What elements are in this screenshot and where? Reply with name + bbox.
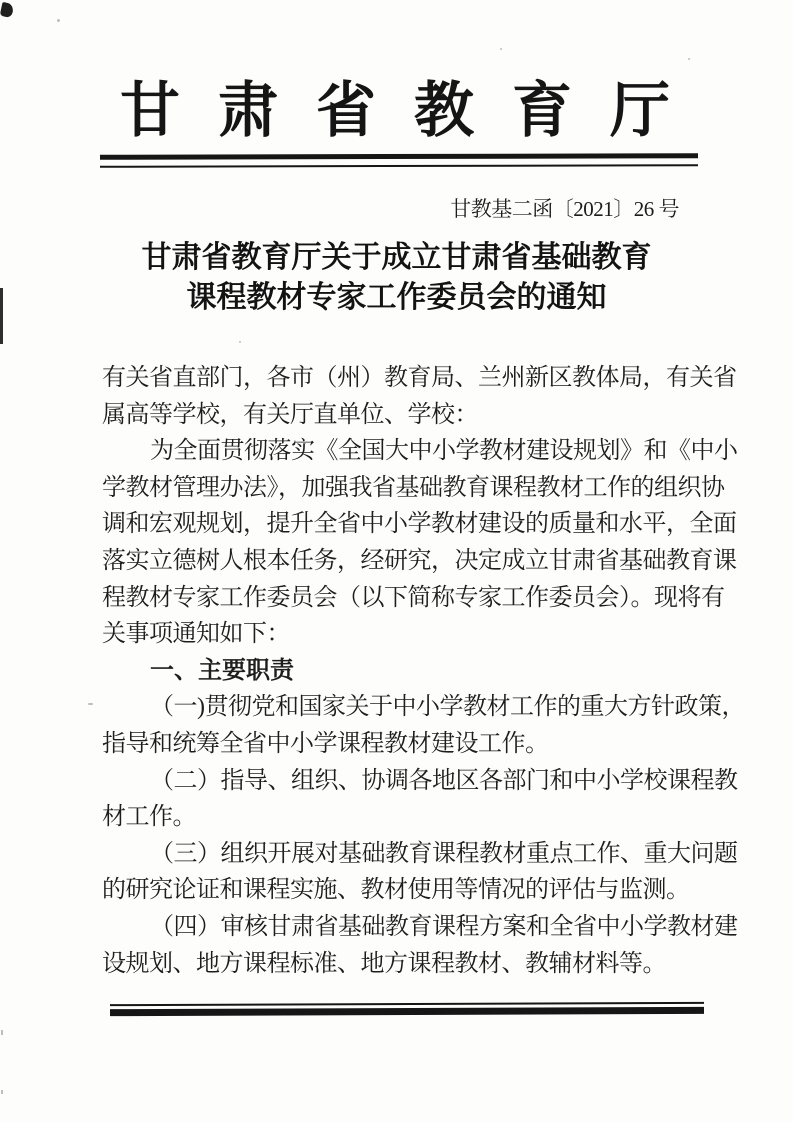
- body-line: 学教材管理办法》，加强我省基础教育课程教材工作的组织协: [102, 470, 706, 507]
- notice-title-line-1: 甘肃省教育厅关于成立甘肃省基础教育: [0, 238, 793, 278]
- body-line: 的研究论证和课程实施、教材使用等情况的评估与监测。: [102, 872, 706, 909]
- scan-speck: [500, 48, 502, 50]
- scan-speck: [688, 58, 690, 60]
- body-line: 材工作。: [102, 799, 706, 836]
- agency-letterhead: 甘肃省教育厅: [120, 76, 708, 146]
- letterhead-rule-thin: [100, 164, 698, 168]
- body-line: 落实立德树人根本任务，经研究，决定成立甘肃省基础教育课: [102, 543, 706, 580]
- scan-speck: [1, 1090, 3, 1094]
- document-number: 甘教基二函〔2021〕26 号: [450, 197, 679, 221]
- notice-title-line-2: 课程教材专家工作委员会的通知: [0, 278, 793, 318]
- body-line: 调和宏观规划，提升全省中小学教材建设的质量和水平，全面: [102, 506, 706, 543]
- letterhead-rule-thick: [100, 153, 698, 160]
- body-line: 关事项通知如下：: [102, 616, 706, 653]
- body-line: 为全面贯彻落实《全国大中小学教材建设规划》和《中小: [102, 433, 706, 470]
- body-line: 设规划、地方课程标准、地方课程教材、教辅材料等。: [102, 946, 706, 983]
- body-line: （四）审核甘肃省基础教育课程方案和全省中小学教材建: [102, 909, 706, 946]
- scan-speck: [88, 703, 93, 705]
- body-line: 指导和统筹全省中小学课程教材建设工作。: [102, 726, 706, 763]
- scan-speck: [1, 1030, 3, 1035]
- body-line: （一)贯彻党和国家关于中小学教材工作的重大方针政策，: [102, 689, 706, 726]
- notice-title: 甘肃省教育厅关于成立甘肃省基础教育 课程教材专家工作委员会的通知: [0, 238, 793, 318]
- body-line: （二）指导、组织、协调各地区各部门和中小学校课程教: [102, 763, 706, 800]
- recipient-line: 有关省直部门，各市（州）教育局、兰州新区教体局，有关省: [102, 360, 706, 397]
- notice-body: 有关省直部门，各市（州）教育局、兰州新区教体局，有关省 属高等学校，有关厅直单位…: [102, 360, 706, 982]
- scan-speck: [57, 19, 60, 22]
- section-heading: 一、主要职责: [102, 653, 706, 690]
- recipient-line: 属高等学校，有关厅直单位、学校：: [102, 397, 706, 434]
- footer-rule-thick: [110, 1007, 704, 1016]
- footer-rule-thin: [110, 1002, 704, 1006]
- body-line: （三）组织开展对基础教育课程教材重点工作、重大问题: [102, 836, 706, 873]
- document-page: 甘肃省教育厅 甘教基二函〔2021〕26 号 甘肃省教育厅关于成立甘肃省基础教育…: [0, 0, 793, 1122]
- scan-blob-artifact: [0, 2, 14, 18]
- body-line: 程教材专家工作委员会（以下简称专家工作委员会）。现将有: [102, 580, 706, 617]
- scan-speck: [239, 341, 241, 343]
